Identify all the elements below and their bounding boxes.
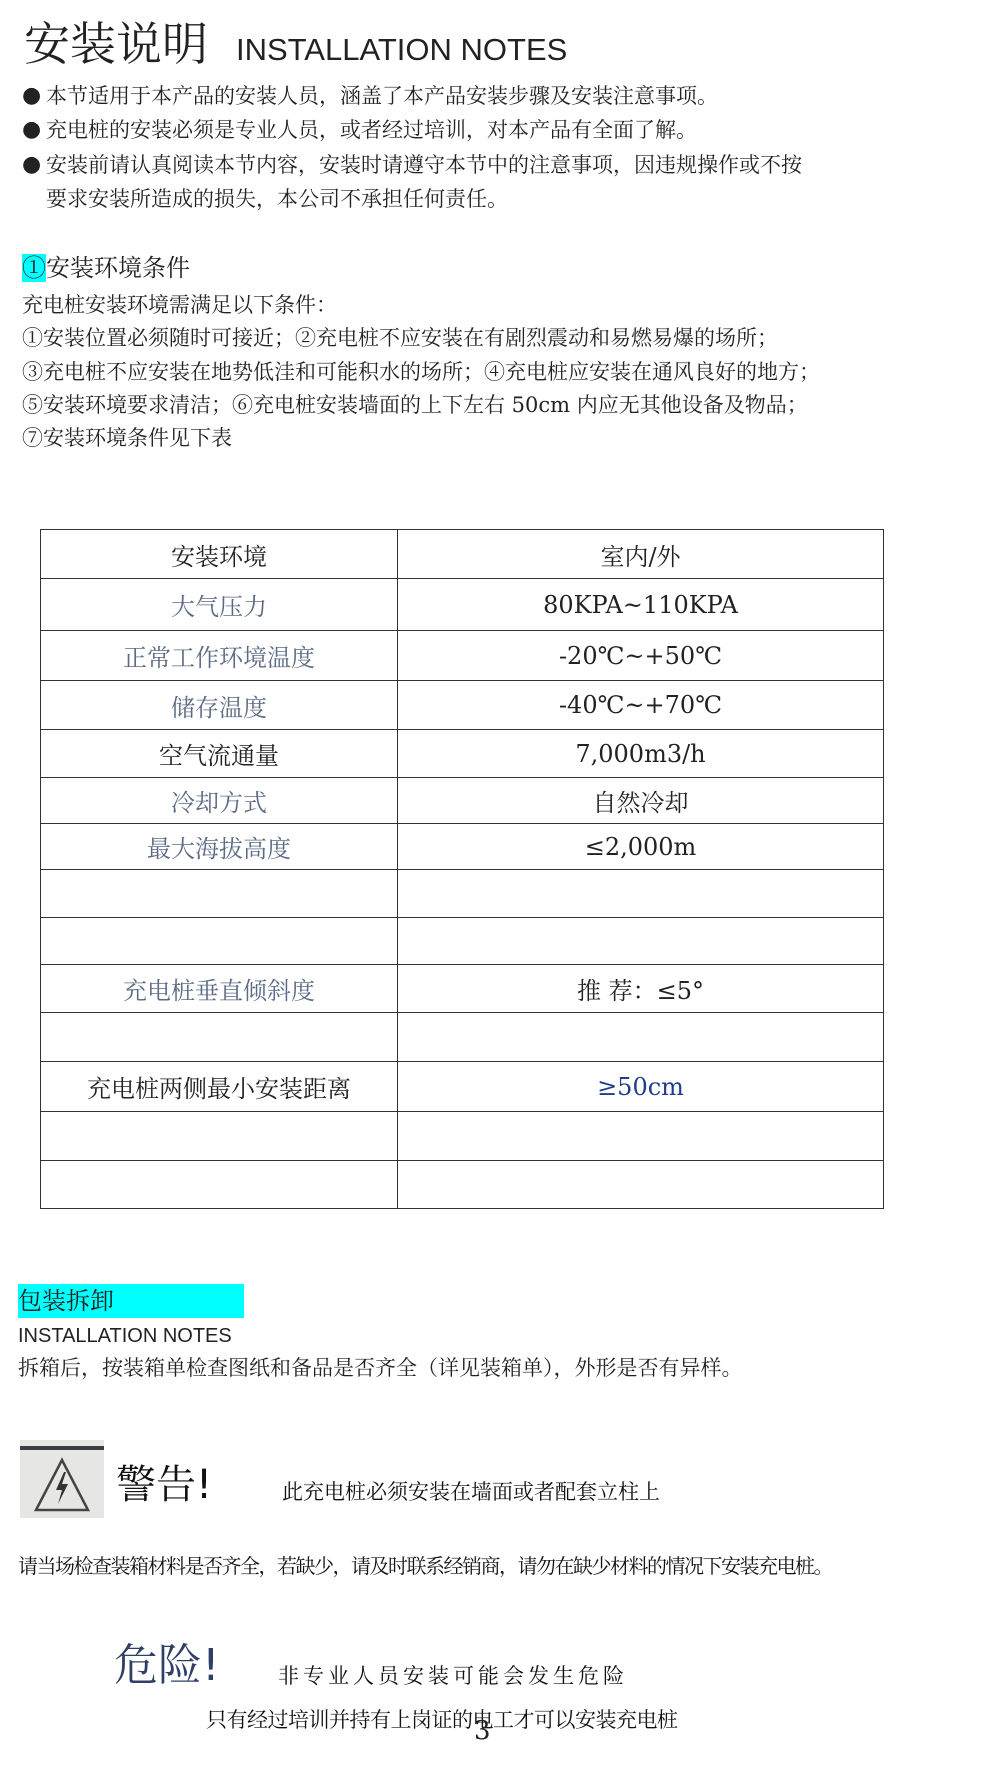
env-lead: 充电桩安装环境需满足以下条件：	[22, 289, 337, 321]
table-cell-label: 储存温度	[41, 681, 398, 730]
table-cell-value: 7,000m3/h	[398, 730, 884, 778]
table-row: 正常工作环境温度-20℃~+50℃	[41, 631, 884, 681]
table-cell-value: ≤2,000m	[398, 824, 884, 870]
env-condition-line: ⑦安装环境条件见下表	[22, 422, 232, 454]
table-cell-value: 推 荐：≤5°	[398, 965, 884, 1013]
bullet-icon: ●	[22, 148, 46, 182]
intro-bullet-continuation: 要求安装所造成的损失，本公司不承担任何责任。	[22, 182, 508, 216]
table-cell-label	[41, 1013, 398, 1062]
table-cell-value: 室内/外	[398, 530, 884, 579]
table-row: 最大海拔高度≤2,000m	[41, 824, 884, 870]
high-voltage-warning-icon	[20, 1440, 104, 1518]
bullet-text: 安装前请认真阅读本节内容，安装时请遵守本节中的注意事项，因违规操作或不按	[46, 148, 802, 182]
table-row: 储存温度-40℃~+70℃	[41, 681, 884, 730]
section-number: ①	[22, 254, 46, 282]
table-row	[41, 870, 884, 918]
table-cell-value	[398, 918, 884, 965]
table-row	[41, 1112, 884, 1161]
env-condition-line: ⑤安装环境要求清洁；⑥充电桩安装墙面的上下左右 50cm 内应无其他设备及物品；	[22, 389, 808, 421]
danger-note: 只有经过培训并持有上岗证的电工才可以安装充电桩	[206, 1704, 678, 1736]
table-row: 安装环境室内/外	[41, 530, 884, 579]
table-cell-value: -20℃~+50℃	[398, 631, 884, 681]
unpack-text: 拆箱后，按装箱单检查图纸和备品是否齐全（详见装箱单），外形是否有异样。	[18, 1352, 743, 1384]
table-cell-label	[41, 870, 398, 918]
table-cell-label: 大气压力	[41, 579, 398, 631]
table-cell-value	[398, 870, 884, 918]
table-cell-value: 80KPA~110KPA	[398, 579, 884, 631]
danger-text: 非专业人员安装可能会发生危险	[278, 1660, 628, 1692]
intro-bullet: ● 本节适用于本产品的安装人员，涵盖了本产品安装步骤及安装注意事项。	[22, 79, 718, 113]
danger-title: 危险!	[114, 1638, 220, 1694]
page-number: 3	[474, 1714, 491, 1748]
table-row: 空气流通量7,000m3/h	[41, 730, 884, 778]
table-cell-label: 充电桩两侧最小安装距离	[41, 1062, 398, 1112]
table-cell-value	[398, 1112, 884, 1161]
table-cell-label: 正常工作环境温度	[41, 631, 398, 681]
table-cell-label	[41, 918, 398, 965]
env-condition-line: ①安装位置必须随时可接近；②充电桩不应安装在有剧烈震动和易燃易爆的场所；	[22, 322, 778, 354]
table-cell-value	[398, 1161, 884, 1209]
table-cell-label: 最大海拔高度	[41, 824, 398, 870]
warning-text: 此充电桩必须安装在墙面或者配套立柱上	[282, 1476, 660, 1508]
table-cell-label	[41, 1161, 398, 1209]
unpack-subtitle: INSTALLATION NOTES	[18, 1322, 232, 1350]
table-cell-value: 自然冷却	[398, 778, 884, 824]
table-cell-value	[398, 1013, 884, 1062]
bullet-text: 要求安装所造成的损失，本公司不承担任何责任。	[46, 182, 508, 216]
bullet-text: 本节适用于本产品的安装人员，涵盖了本产品安装步骤及安装注意事项。	[46, 79, 718, 113]
bullet-icon: ●	[22, 113, 46, 147]
table-cell-label: 充电桩垂直倾斜度	[41, 965, 398, 1013]
table-cell-label: 冷却方式	[41, 778, 398, 824]
warning-note: 请当场检查装箱材料是否齐全，若缺少，请及时联系经销商，请勿在缺少材料的情况下安装…	[18, 1550, 832, 1582]
bullet-icon: ●	[22, 79, 46, 113]
table-cell-label	[41, 1112, 398, 1161]
table-row	[41, 1013, 884, 1062]
section-title: 安装环境条件	[46, 254, 190, 282]
table-row	[41, 918, 884, 965]
table-row: 充电桩两侧最小安装距离≥50cm	[41, 1062, 884, 1112]
intro-bullet: ● 充电桩的安装必须是专业人员，或者经过培训，对本产品有全面了解。	[22, 113, 697, 147]
table-row: 大气压力80KPA~110KPA	[41, 579, 884, 631]
table-cell-value: -40℃~+70℃	[398, 681, 884, 730]
table-cell-label: 空气流通量	[41, 730, 398, 778]
env-condition-line: ③充电桩不应安装在地势低洼和可能积水的场所；④充电桩应安装在通风良好的地方；	[22, 356, 820, 388]
bullet-text: 充电桩的安装必须是专业人员，或者经过培训，对本产品有全面了解。	[46, 113, 697, 147]
page-title-cn: 安装说明	[24, 14, 208, 74]
page-title-en: INSTALLATION NOTES	[236, 30, 567, 70]
env-conditions-table: 安装环境室内/外大气压力80KPA~110KPA正常工作环境温度-20℃~+50…	[40, 529, 884, 1209]
table-cell-value: ≥50cm	[398, 1062, 884, 1112]
unpack-section-heading: 包装拆卸	[18, 1284, 244, 1318]
env-section-heading: ①安装环境条件	[22, 252, 190, 284]
warning-title: 警告!	[116, 1460, 212, 1510]
table-row: 冷却方式自然冷却	[41, 778, 884, 824]
table-row	[41, 1161, 884, 1209]
table-row: 充电桩垂直倾斜度推 荐：≤5°	[41, 965, 884, 1013]
table-cell-label: 安装环境	[41, 530, 398, 579]
intro-bullet: ● 安装前请认真阅读本节内容，安装时请遵守本节中的注意事项，因违规操作或不按	[22, 148, 802, 182]
